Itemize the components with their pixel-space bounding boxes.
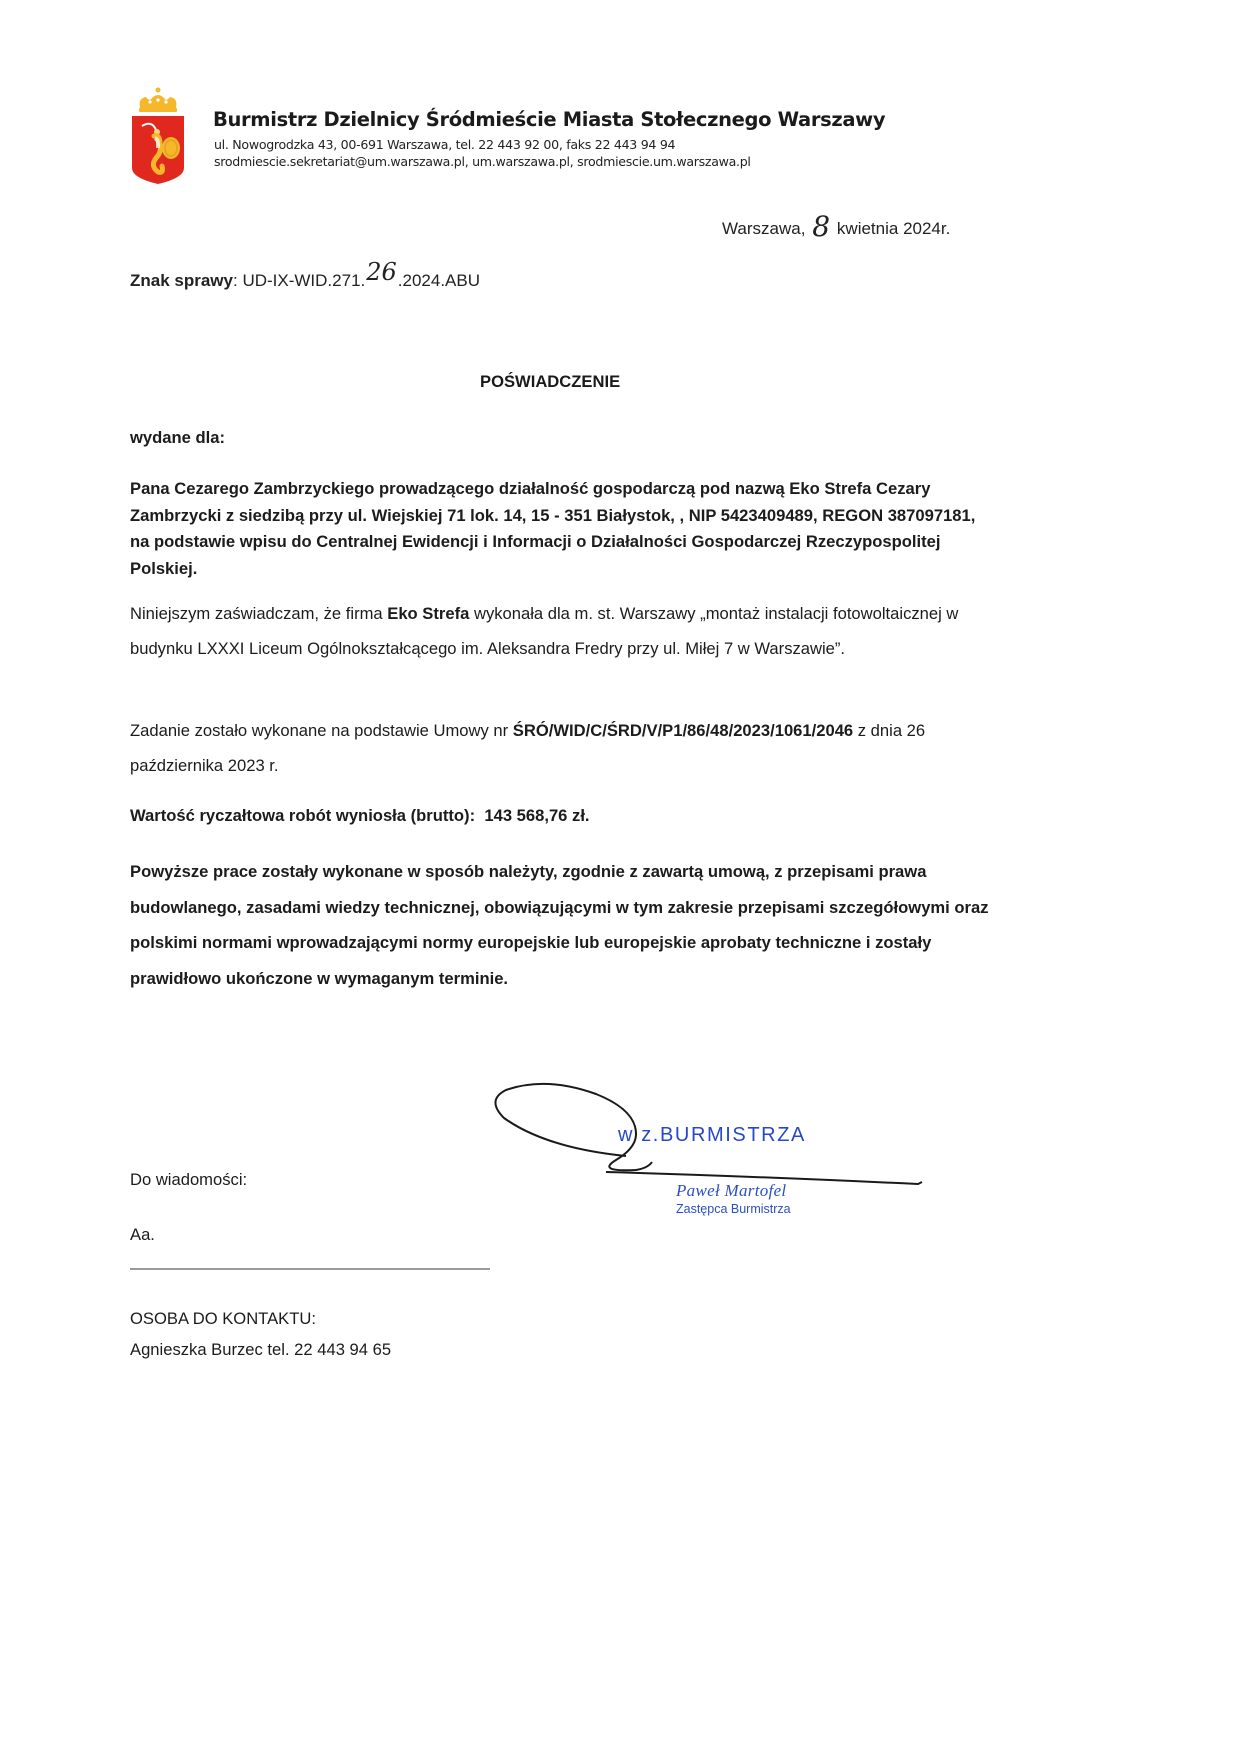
value-label: Wartość ryczałtowa robót wyniosła (brutt… [130, 806, 475, 825]
case-reference-handwritten-number: 26 [366, 258, 397, 286]
case-reference-label: Znak sprawy [130, 271, 233, 290]
divider [130, 1268, 490, 1270]
signatory-role: Zastępca Burmistrza [676, 1202, 791, 1216]
document-date: Warszawa, 8 kwietnia 2024r. [722, 208, 950, 241]
recipient-paragraph: Pana Cezarego Zambrzyckiego prowadzącego… [130, 476, 990, 582]
contract-number: ŚRÓ/WID/C/ŚRD/V/P1/86/48/2023/1061/2046 [513, 721, 853, 740]
certification-text-before: Niniejszym zaświadczam, że firma [130, 604, 387, 623]
value-paragraph: Wartość ryczałtowa robót wyniosła (brutt… [130, 802, 990, 829]
value-amount: 143 568,76 zł. [484, 806, 589, 825]
contract-paragraph: Zadanie zostało wykonane na podstawie Um… [130, 713, 990, 783]
signatory-name: Paweł Martofel [676, 1181, 786, 1201]
conclusion-paragraph: Powyższe prace zostały wykonane w sposób… [130, 854, 990, 996]
case-reference: Znak sprawy: UD-IX-WID.271.26.2024.ABU [130, 264, 480, 292]
issuer-contacts: srodmiescie.sekretariat@um.warszawa.pl, … [214, 154, 751, 169]
warsaw-coat-of-arms-icon [130, 86, 186, 186]
document-heading: POŚWIADCZENIE [480, 372, 620, 392]
issuer-title: Burmistrz Dzielnicy Śródmieście Miasta S… [213, 108, 885, 131]
signature-stamp: w z.BURMISTRZA [618, 1124, 806, 1147]
date-city: Warszawa, [722, 219, 805, 238]
company-name: Eko Strefa [387, 604, 469, 623]
contract-text-before: Zadanie zostało wykonane na podstawie Um… [130, 721, 513, 740]
contact-label: OSOBA DO KONTAKTU: [130, 1309, 316, 1329]
distribution-label: Do wiadomości: [130, 1170, 247, 1190]
case-reference-suffix: .2024.ABU [398, 271, 480, 290]
contact-person: Agnieszka Burzec tel. 22 443 94 65 [130, 1340, 391, 1360]
date-day-handwritten: 8 [810, 210, 832, 243]
issued-for-label: wydane dla: [130, 428, 225, 448]
date-rest: kwietnia 2024r. [837, 219, 950, 238]
case-reference-prefix: UD-IX-WID.271. [242, 271, 365, 290]
distribution-item: Aa. [130, 1225, 155, 1245]
issuer-address: ul. Nowogrodzka 43, 00-691 Warszawa, tel… [214, 137, 675, 152]
certification-paragraph: Niniejszym zaświadczam, że firma Eko Str… [130, 596, 990, 666]
